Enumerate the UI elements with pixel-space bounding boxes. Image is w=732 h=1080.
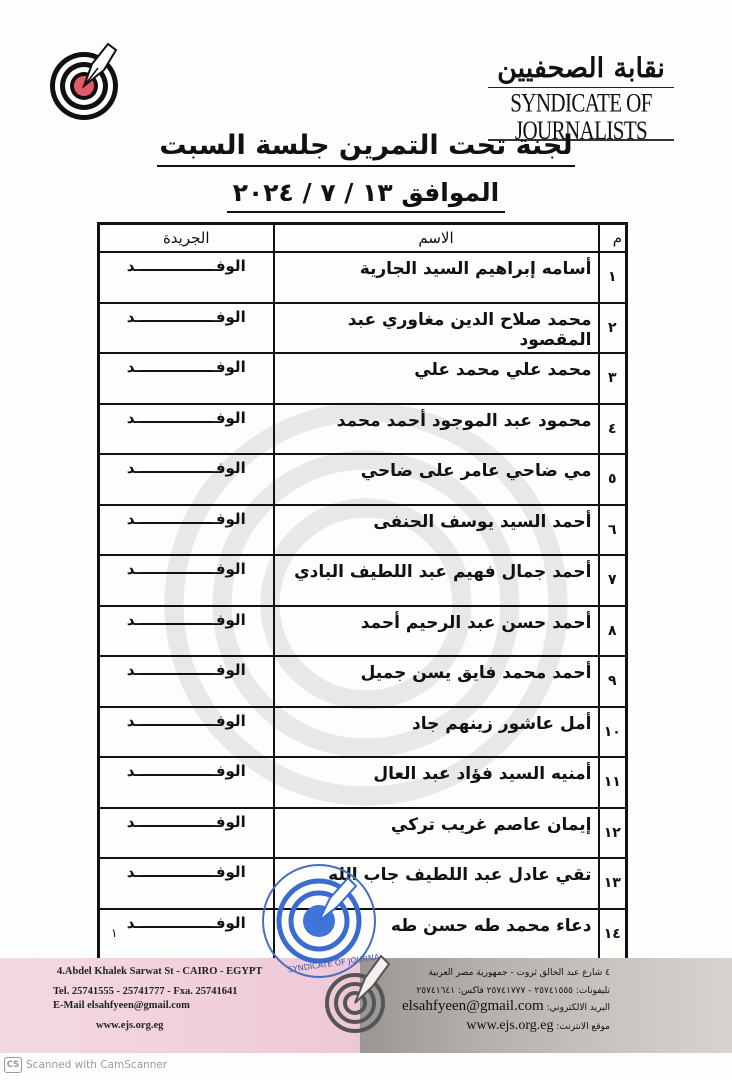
member-name: أحمد جمال فهيم عبد اللطيف البادي — [274, 555, 599, 606]
table-row: ٥مي ضاحي عامر على ضاحيالوفــد — [99, 454, 627, 505]
table-row: ١٢إيمان عاصم غريب تركيالوفــد — [99, 808, 627, 859]
newspaper-label: الوفــد — [127, 257, 246, 275]
page-number: ١ — [111, 926, 117, 940]
tatweel-line — [140, 614, 212, 625]
footer-address-en: 4.Abdel Khalek Sarwat St - CAIRO - EGYPT — [57, 966, 262, 977]
member-name: مي ضاحي عامر على ضاحي — [274, 454, 599, 505]
footer-email-ar: البريد الالكتروني: elsahfyeen@gmail.com — [402, 998, 610, 1015]
row-number: ٩ — [599, 656, 627, 707]
newspaper-end: ـد — [127, 712, 141, 730]
tatweel-line — [140, 311, 212, 322]
member-name: محمد علي محمد علي — [274, 353, 599, 404]
newspaper-label: الوفــد — [127, 308, 246, 326]
footer-address-ar: ٤ شارع عبد الخالق ثروت - جمهورية مصر الع… — [428, 968, 610, 978]
tatweel-line — [140, 412, 212, 423]
row-number: ٨ — [599, 606, 627, 657]
row-number: ١٤ — [599, 909, 627, 960]
tatweel-line — [140, 260, 212, 271]
newspaper-end: ـد — [127, 762, 141, 780]
camscanner-watermark: CS Scanned with CamScanner — [4, 1057, 167, 1073]
footer-email-label: البريد الالكتروني: — [547, 1003, 610, 1013]
newspaper-name: الوفــد — [99, 505, 274, 556]
row-number: ٢ — [599, 303, 627, 354]
members-table: م الاسم الجريدة ١أسامه إبراهيم السيد الج… — [97, 222, 625, 961]
newspaper-name: الوفــد — [99, 252, 274, 303]
member-name: أحمد السيد يوسف الحنفى — [274, 505, 599, 556]
newspaper-name: الوفــد — [99, 757, 274, 808]
syndicate-stamp-icon: SYNDICATE OF JOURNALISTS — [258, 860, 380, 982]
footer-phones-ar: تليفونات: ٢٥٧٤١٥٥٥ - ٢٥٧٤١٧٧٧ فاكس: ٢٥٧٤… — [416, 986, 610, 996]
table-row: ١أسامه إبراهيم السيد الجاريةالوفــد — [99, 252, 627, 303]
tatweel-line — [140, 462, 212, 473]
member-name: إيمان عاصم غريب تركي — [274, 808, 599, 859]
newspaper-name: الوفــد — [99, 858, 274, 909]
table-row: ٤محمود عبد الموجود أحمد محمدالوفــد — [99, 404, 627, 455]
newspaper-name: الوفــد — [99, 656, 274, 707]
newspaper-end: ـد — [127, 863, 141, 881]
newspaper-end: ـد — [127, 914, 141, 932]
row-number: ٧ — [599, 555, 627, 606]
row-number: ١٠ — [599, 707, 627, 758]
table-row: ٧أحمد جمال فهيم عبد اللطيف الباديالوفــد — [99, 555, 627, 606]
member-name: أسامه إبراهيم السيد الجارية — [274, 252, 599, 303]
newspaper-label: الوفــد — [127, 661, 246, 679]
member-name: محمد صلاح الدين مغاوري عبد المقصود — [274, 303, 599, 354]
member-name: أحمد محمد فايق يسن جميل — [274, 656, 599, 707]
header-name: الاسم — [274, 224, 599, 253]
row-number: ١ — [599, 252, 627, 303]
table-row: ٣محمد علي محمد عليالوفــد — [99, 353, 627, 404]
row-number: ٣ — [599, 353, 627, 404]
newspaper-start: الوفـ — [211, 611, 246, 629]
table-row: ٦أحمد السيد يوسف الحنفىالوفــد — [99, 505, 627, 556]
row-number: ١٣ — [599, 858, 627, 909]
newspaper-name: الوفــد — [99, 303, 274, 354]
newspaper-label: الوفــد — [127, 914, 246, 932]
newspaper-start: الوفـ — [211, 762, 246, 780]
tatweel-line — [140, 664, 212, 675]
newspaper-start: الوفـ — [211, 510, 246, 528]
newspaper-start: الوفـ — [211, 257, 246, 275]
row-number: ٥ — [599, 454, 627, 505]
document-date-text: الموافق ١٣ / ٧ / ٢٠٢٤ — [227, 178, 506, 213]
newspaper-label: الوفــد — [127, 510, 246, 528]
newspaper-name: الوفــد — [99, 909, 274, 960]
svg-text:SYNDICATE OF JOURNALISTS: SYNDICATE OF JOURNALISTS — [287, 949, 380, 974]
newspaper-end: ـد — [127, 257, 141, 275]
row-number: ١٢ — [599, 808, 627, 859]
table-header-row: م الاسم الجريدة — [99, 224, 627, 253]
tatweel-line — [140, 361, 212, 372]
newspaper-label: الوفــد — [127, 863, 246, 881]
newspaper-start: الوفـ — [211, 409, 246, 427]
newspaper-label: الوفــد — [127, 459, 246, 477]
newspaper-end: ـد — [127, 459, 141, 477]
camscanner-badge-icon: CS — [4, 1057, 22, 1073]
newspaper-end: ـد — [127, 510, 141, 528]
table-row: ٨أحمد حسن عبد الرحيم أحمدالوفــد — [99, 606, 627, 657]
newspaper-start: الوفـ — [211, 914, 246, 932]
newspaper-name: الوفــد — [99, 808, 274, 859]
newspaper-end: ـد — [127, 813, 141, 831]
document-page: نقابة الصحفيين SYNDICATE OF JOURNALISTS … — [0, 0, 732, 1080]
org-name-ar: نقابة الصحفيين — [488, 52, 674, 86]
document-title: لجنة تحت التمرين جلسة السبت — [0, 130, 732, 167]
newspaper-label: الوفــد — [127, 358, 246, 376]
newspaper-label: الوفــد — [127, 762, 246, 780]
pen-target-logo-icon — [48, 34, 130, 124]
newspaper-end: ـد — [127, 409, 141, 427]
document-date: الموافق ١٣ / ٧ / ٢٠٢٤ — [0, 178, 732, 213]
tatweel-line — [140, 765, 212, 776]
newspaper-start: الوفـ — [211, 358, 246, 376]
table-row: ٢محمد صلاح الدين مغاوري عبد المقصودالوفـ… — [99, 303, 627, 354]
footer-email-value: elsahfyeen@gmail.com — [402, 998, 544, 1014]
header-num: م — [599, 224, 627, 253]
tatweel-line — [140, 816, 212, 827]
tatweel-line — [140, 563, 212, 574]
newspaper-start: الوفـ — [211, 661, 246, 679]
newspaper-name: الوفــد — [99, 555, 274, 606]
table-row: ٩أحمد محمد فايق يسن جميلالوفــد — [99, 656, 627, 707]
org-brand: نقابة الصحفيين SYNDICATE OF JOURNALISTS — [488, 52, 674, 141]
footer-phones-en: Tel. 25741555 - 25741777 - Fxa. 25741641 — [53, 986, 238, 997]
camscanner-label: Scanned with CamScanner — [26, 1059, 167, 1071]
newspaper-label: الوفــد — [127, 560, 246, 578]
tatweel-line — [140, 866, 212, 877]
newspaper-label: الوفــد — [127, 409, 246, 427]
tatweel-line — [140, 513, 212, 524]
newspaper-label: الوفــد — [127, 611, 246, 629]
footer-arabic-contact: ٤ شارع عبد الخالق ثروت - جمهورية مصر الع… — [360, 958, 732, 1053]
newspaper-start: الوفـ — [211, 459, 246, 477]
footer-web-en: www.ejs.org.eg — [96, 1020, 163, 1031]
footer-web-ar: موقع الانترنت: www.ejs.org.eg — [466, 1018, 610, 1034]
newspaper-name: الوفــد — [99, 404, 274, 455]
member-name: أمل عاشور زينهم جاد — [274, 707, 599, 758]
newspaper-label: الوفــد — [127, 712, 246, 730]
member-name: محمود عبد الموجود أحمد محمد — [274, 404, 599, 455]
newspaper-start: الوفـ — [211, 308, 246, 326]
newspaper-name: الوفــد — [99, 353, 274, 404]
member-name: أمنيه السيد فؤاد عبد العال — [274, 757, 599, 808]
table-row: ١٠أمل عاشور زينهم جادالوفــد — [99, 707, 627, 758]
table-row: ١١أمنيه السيد فؤاد عبد العالالوفــد — [99, 757, 627, 808]
row-number: ٦ — [599, 505, 627, 556]
footer-web-label: موقع الانترنت: — [556, 1022, 610, 1032]
row-number: ١١ — [599, 757, 627, 808]
header-newspaper: الجريدة — [99, 224, 274, 253]
newspaper-label: الوفــد — [127, 813, 246, 831]
tatweel-line — [140, 715, 212, 726]
newspaper-name: الوفــد — [99, 606, 274, 657]
document-title-text: لجنة تحت التمرين جلسة السبت — [157, 130, 574, 167]
newspaper-start: الوفـ — [211, 712, 246, 730]
tatweel-line — [140, 917, 212, 928]
newspaper-end: ـد — [127, 661, 141, 679]
footer-email-en: E-Mail elsahfyeen@gmail.com — [53, 1000, 190, 1011]
row-number: ٤ — [599, 404, 627, 455]
newspaper-end: ـد — [127, 611, 141, 629]
newspaper-start: الوفـ — [211, 560, 246, 578]
newspaper-end: ـد — [127, 308, 141, 326]
footer-web-value: www.ejs.org.eg — [466, 1018, 553, 1033]
newspaper-name: الوفــد — [99, 707, 274, 758]
newspaper-name: الوفــد — [99, 454, 274, 505]
newspaper-end: ـد — [127, 560, 141, 578]
member-name: أحمد حسن عبد الرحيم أحمد — [274, 606, 599, 657]
newspaper-start: الوفـ — [211, 863, 246, 881]
newspaper-start: الوفـ — [211, 813, 246, 831]
newspaper-end: ـد — [127, 358, 141, 376]
